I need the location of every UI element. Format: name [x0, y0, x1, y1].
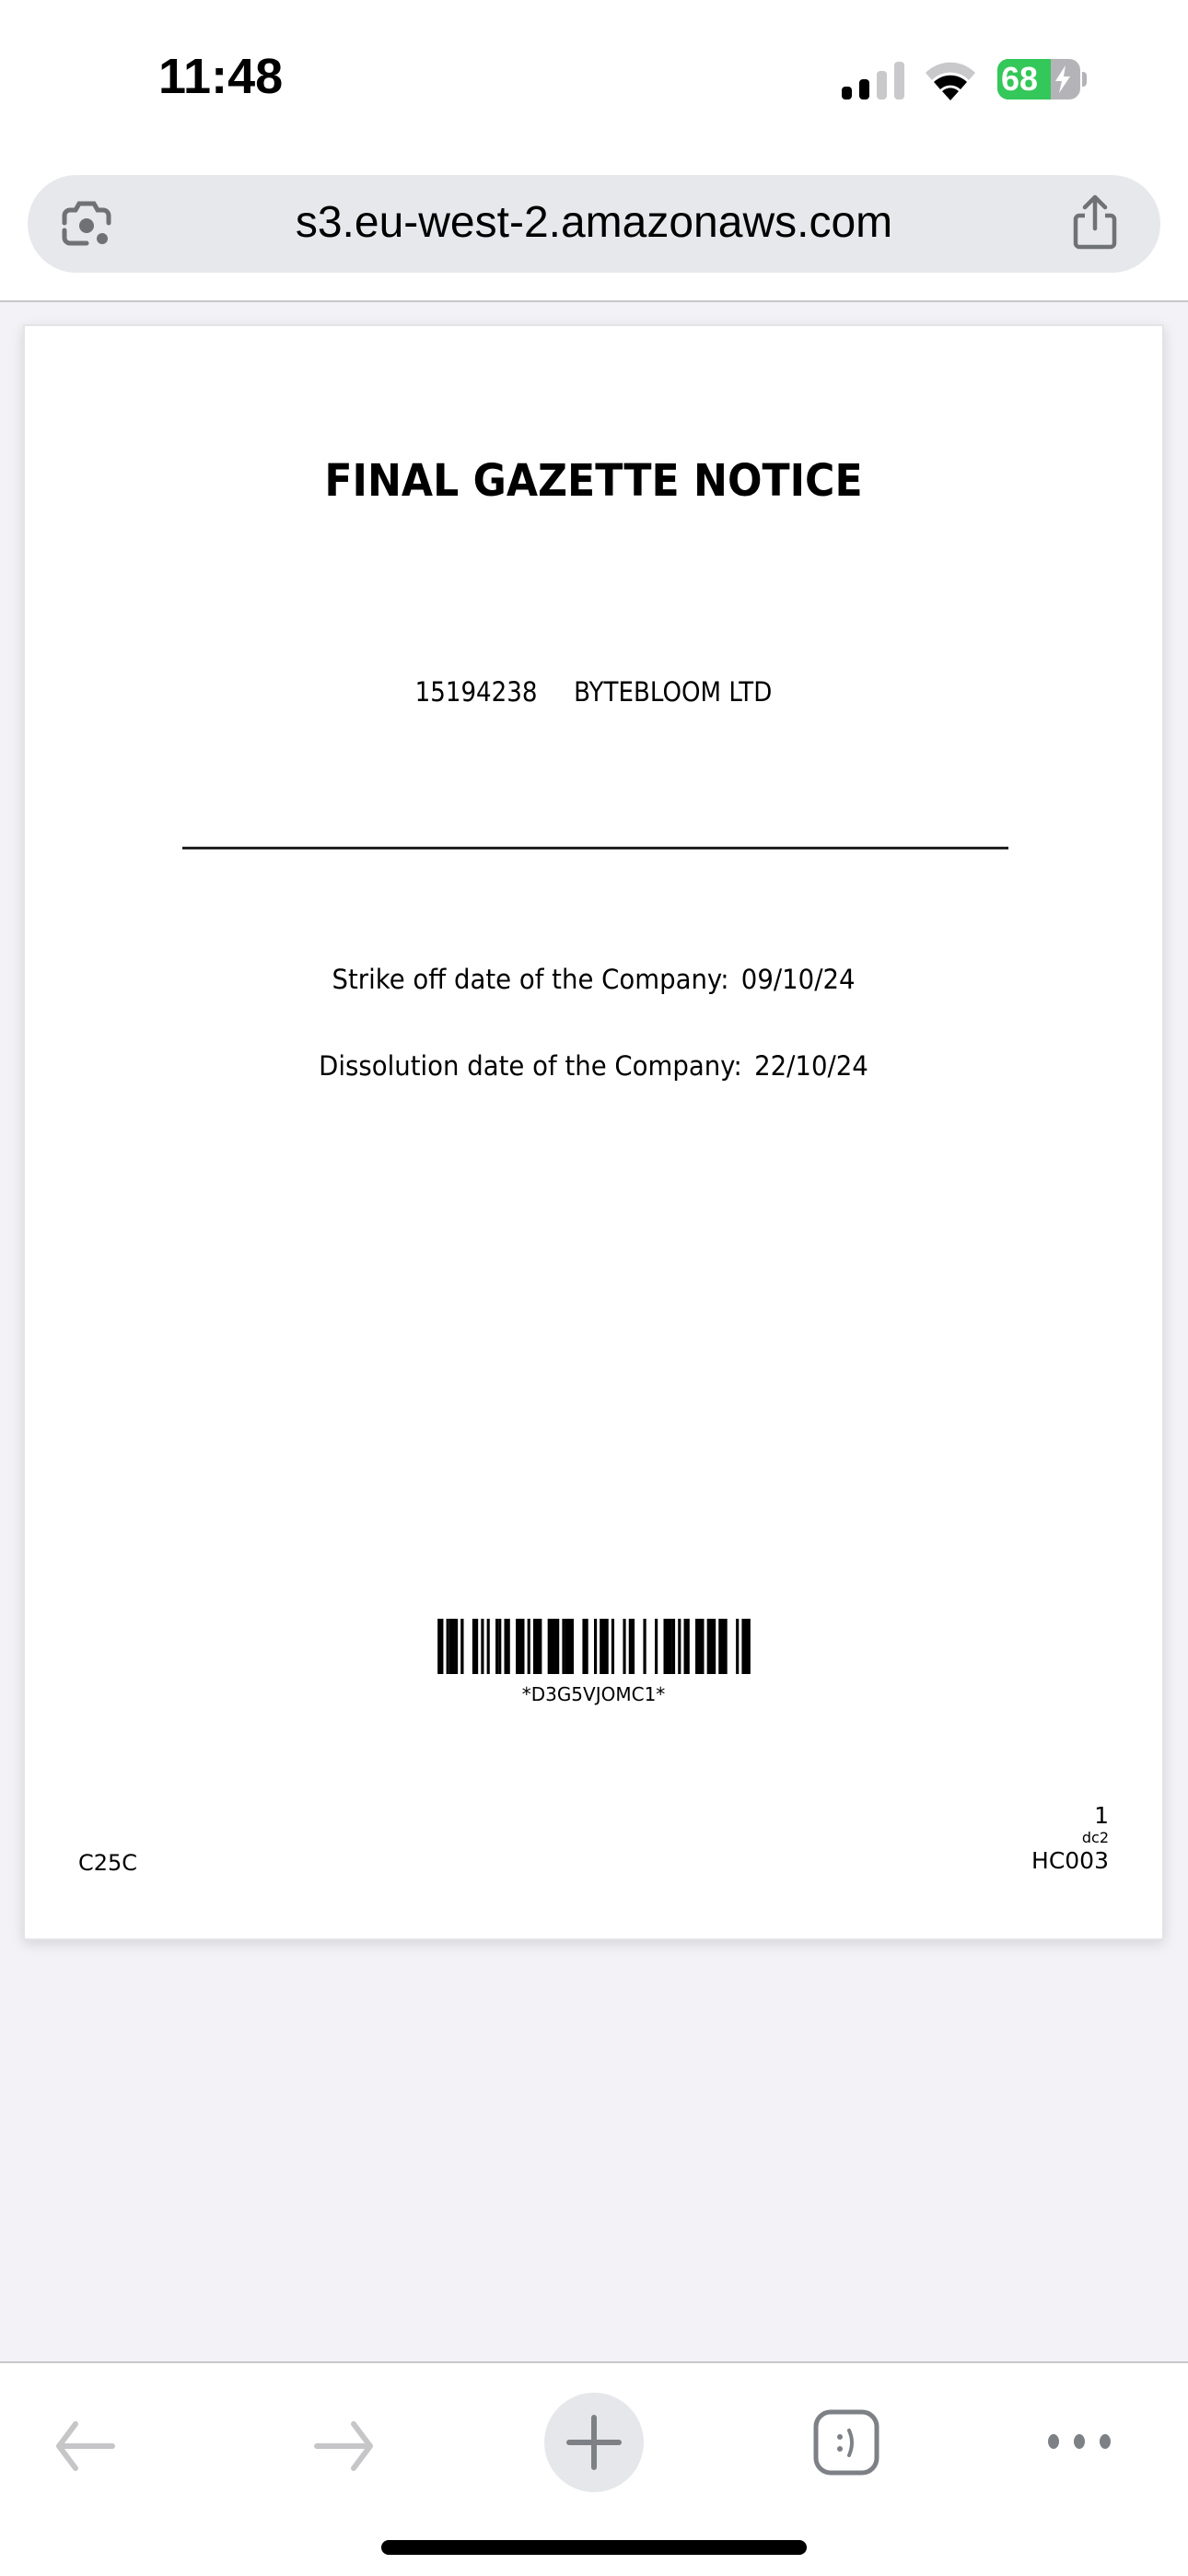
tabs-icon [810, 2407, 882, 2477]
forward-arrow-icon[interactable] [304, 2418, 378, 2474]
strike-off-date: 09/10/24 [741, 964, 856, 995]
plus-icon [544, 2393, 644, 2492]
company-line: 15194238BYTEBLOOM LTD [82, 676, 1106, 708]
charging-bolt-icon [1053, 64, 1073, 94]
barcode-text: *D3G5VJOMC1* [25, 1683, 1162, 1705]
document-title: FINAL GAZETTE NOTICE [70, 455, 1116, 507]
dissolution-date-line: Dissolution date of the Company:22/10/24 [53, 1050, 1134, 1082]
company-number: 15194238 [415, 676, 538, 708]
barcode [435, 1619, 753, 1674]
status-time: 11:48 [158, 48, 283, 105]
battery-indicator: 68 [997, 59, 1080, 100]
battery-cap [1082, 72, 1087, 87]
new-tab-button[interactable] [544, 2393, 644, 2492]
wifi-icon [923, 59, 978, 101]
page-number: 1 [1031, 1804, 1109, 1827]
footer-right-block: 1 dc2 HC003 [1031, 1804, 1109, 1872]
company-name: BYTEBLOOM LTD [574, 676, 772, 708]
pdf-page: FINAL GAZETTE NOTICE 15194238BYTEBLOOM L… [23, 324, 1164, 1940]
more-icon[interactable] [1045, 2430, 1113, 2453]
strike-off-label: Strike off date of the Company: [332, 964, 728, 995]
share-icon[interactable] [1066, 192, 1124, 252]
footer-form-code: HC003 [1031, 1849, 1109, 1872]
back-arrow-icon[interactable] [52, 2418, 125, 2474]
tabs-button[interactable] [810, 2407, 882, 2477]
address-bar[interactable]: s3.eu-west-2.amazonaws.com [28, 175, 1160, 273]
url-text[interactable]: s3.eu-west-2.amazonaws.com [28, 197, 1160, 248]
dissolution-date: 22/10/24 [754, 1050, 868, 1082]
cellular-signal-icon [842, 61, 908, 100]
browser-top-chrome: 11:48 68 s3.eu-west-2.amazonaws.com [0, 0, 1188, 302]
dissolution-label: Dissolution date of the Company: [319, 1050, 742, 1082]
divider [182, 847, 1008, 849]
strike-off-date-line: Strike off date of the Company:09/10/24 [53, 964, 1134, 995]
footer-left-code: C25C [78, 1850, 137, 1876]
home-indicator [381, 2540, 807, 2555]
footer-dc: dc2 [1031, 1831, 1109, 1845]
battery-percent: 68 [1001, 62, 1038, 97]
